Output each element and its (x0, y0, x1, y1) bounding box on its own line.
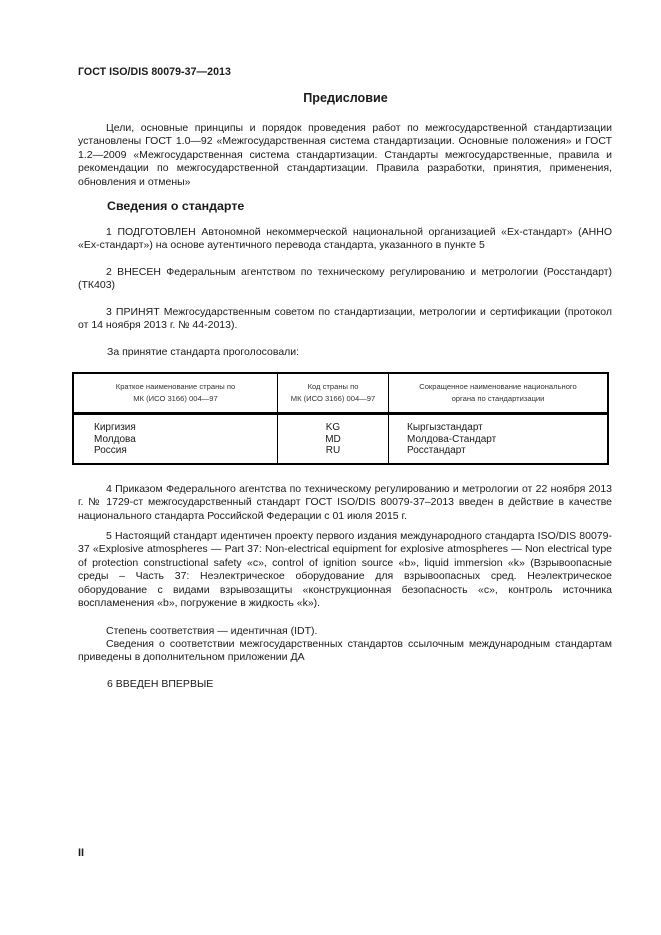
country-name: Киргизия (94, 422, 277, 434)
standards-body: Росстандарт (407, 445, 607, 457)
country-code: MD (278, 434, 388, 446)
table-header-row: Краткое наименование страны по МК (ИСО 3… (73, 373, 608, 414)
standards-bodies-cell: Кыргызстандарт Молдова-Стандарт Росстанд… (389, 414, 609, 464)
item-2-introduced: 2 ВНЕСЕН Федеральным агентством по техни… (78, 266, 612, 293)
section-heading: Сведения о стандарте (107, 199, 244, 213)
voting-countries-table: Краткое наименование страны по МК (ИСО 3… (72, 372, 609, 465)
vote-intro: За принятие стандарта проголосовали: (107, 346, 299, 359)
item-3-adopted: 3 ПРИНЯТ Межгосударственным советом по с… (78, 306, 612, 333)
country-name: Молдова (94, 434, 277, 446)
document-page: ГОСТ ISO/DIS 80079-37—2013 Предисловие Ц… (0, 0, 661, 935)
standards-body: Молдова-Стандарт (407, 434, 607, 446)
references-info: Сведения о соответствии межгосударственн… (78, 638, 612, 665)
document-code-header: ГОСТ ISO/DIS 80079-37—2013 (78, 66, 231, 78)
country-code: KG (278, 422, 388, 434)
header-country-name: Краткое наименование страны по МК (ИСО 3… (73, 373, 278, 414)
page-number: II (78, 847, 84, 859)
header-country-code: Код страны по МК (ИСО 3166) 004—97 (278, 373, 389, 414)
table-body-row: Киргизия Молдова Россия KG MD RU Кыргызс… (73, 414, 608, 464)
country-names-cell: Киргизия Молдова Россия (73, 414, 278, 464)
conformity-degree: Степень соответствия — идентичная (IDT). (78, 625, 612, 638)
country-name: Россия (94, 445, 277, 457)
preface-paragraph: Цели, основные принципы и порядок провед… (78, 122, 612, 189)
header-standards-body: Сокращенное наименование национального о… (389, 373, 609, 414)
item-5-identical: 5 Настоящий стандарт идентичен проекту п… (78, 530, 612, 610)
page-title: Предисловие (0, 91, 661, 105)
standards-body: Кыргызстандарт (407, 422, 607, 434)
item-4-order: 4 Приказом Федерального агентства по тех… (78, 483, 612, 523)
country-codes-cell: KG MD RU (278, 414, 389, 464)
country-code: RU (278, 445, 388, 457)
item-1-prepared: 1 ПОДГОТОВЛЕН Автономной некоммерческой … (78, 226, 612, 253)
item-6-first-introduced: 6 ВВЕДЕН ВПЕРВЫЕ (107, 678, 213, 691)
